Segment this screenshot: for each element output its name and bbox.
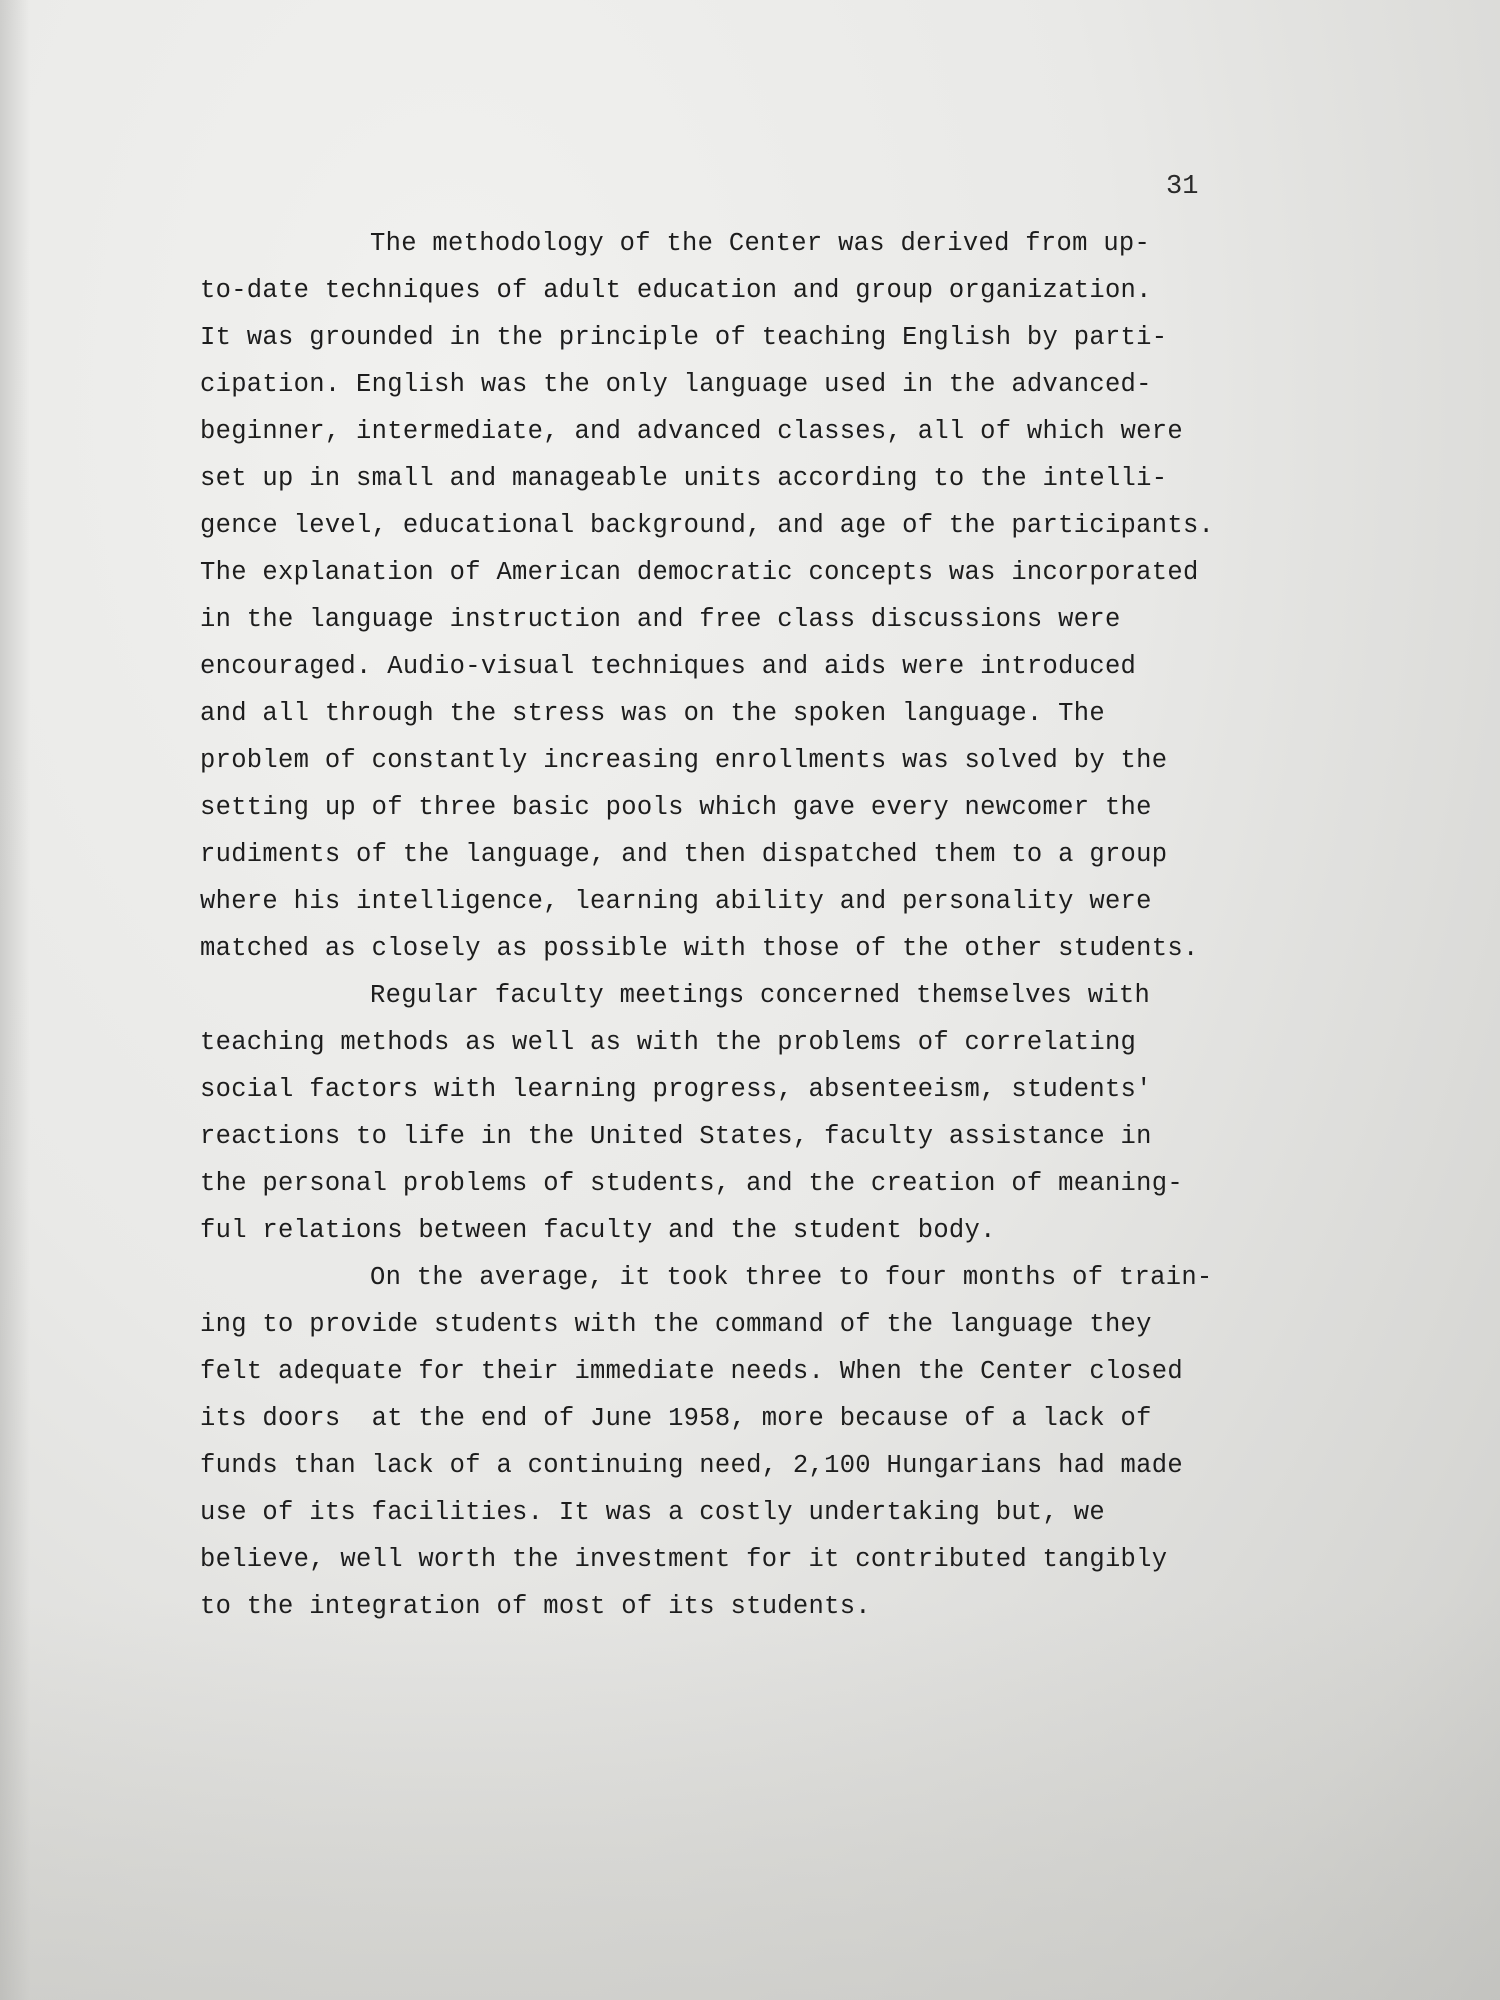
text-line: felt adequate for their immediate needs.… <box>200 1348 1320 1395</box>
text-line: to the integration of most of its studen… <box>200 1583 1320 1630</box>
text-line: its doors at the end of June 1958, more … <box>200 1395 1320 1442</box>
text-line: reactions to life in the United States, … <box>200 1113 1320 1160</box>
text-line: rudiments of the language, and then disp… <box>200 831 1320 878</box>
text-line: social factors with learning progress, a… <box>200 1066 1320 1113</box>
paragraph-methodology: The methodology of the Center was derive… <box>200 220 1320 972</box>
text-line: matched as closely as possible with thos… <box>200 925 1320 972</box>
text-line: The explanation of American democratic c… <box>200 549 1320 596</box>
text-line: The methodology of the Center was derive… <box>200 220 1320 267</box>
text-line: the personal problems of students, and t… <box>200 1160 1320 1207</box>
text-line: believe, well worth the investment for i… <box>200 1536 1320 1583</box>
text-line: teaching methods as well as with the pro… <box>200 1019 1320 1066</box>
text-line: problem of constantly increasing enrollm… <box>200 737 1320 784</box>
page-number: 31 <box>1166 172 1198 202</box>
text-line: set up in small and manageable units acc… <box>200 455 1320 502</box>
text-line: gence level, educational background, and… <box>200 502 1320 549</box>
text-line: Regular faculty meetings concerned thems… <box>200 972 1320 1019</box>
text-line: On the average, it took three to four mo… <box>200 1254 1320 1301</box>
text-line: It was grounded in the principle of teac… <box>200 314 1320 361</box>
text-line: encouraged. Audio-visual techniques and … <box>200 643 1320 690</box>
text-line: where his intelligence, learning ability… <box>200 878 1320 925</box>
text-line: to-date techniques of adult education an… <box>200 267 1320 314</box>
paragraph-faculty-meetings: Regular faculty meetings concerned thems… <box>200 972 1320 1254</box>
text-line: in the language instruction and free cla… <box>200 596 1320 643</box>
text-line: funds than lack of a continuing need, 2,… <box>200 1442 1320 1489</box>
text-line: setting up of three basic pools which ga… <box>200 784 1320 831</box>
body-text: The methodology of the Center was derive… <box>200 220 1320 1630</box>
text-line: ing to provide students with the command… <box>200 1301 1320 1348</box>
page-bottom-shade <box>0 1600 1500 2000</box>
text-line: ful relations between faculty and the st… <box>200 1207 1320 1254</box>
typewritten-page: 31 The methodology of the Center was der… <box>0 0 1500 2000</box>
paragraph-average-training: On the average, it took three to four mo… <box>200 1254 1320 1630</box>
text-line: cipation. English was the only language … <box>200 361 1320 408</box>
text-line: beginner, intermediate, and advanced cla… <box>200 408 1320 455</box>
text-line: and all through the stress was on the sp… <box>200 690 1320 737</box>
text-line: use of its facilities. It was a costly u… <box>200 1489 1320 1536</box>
